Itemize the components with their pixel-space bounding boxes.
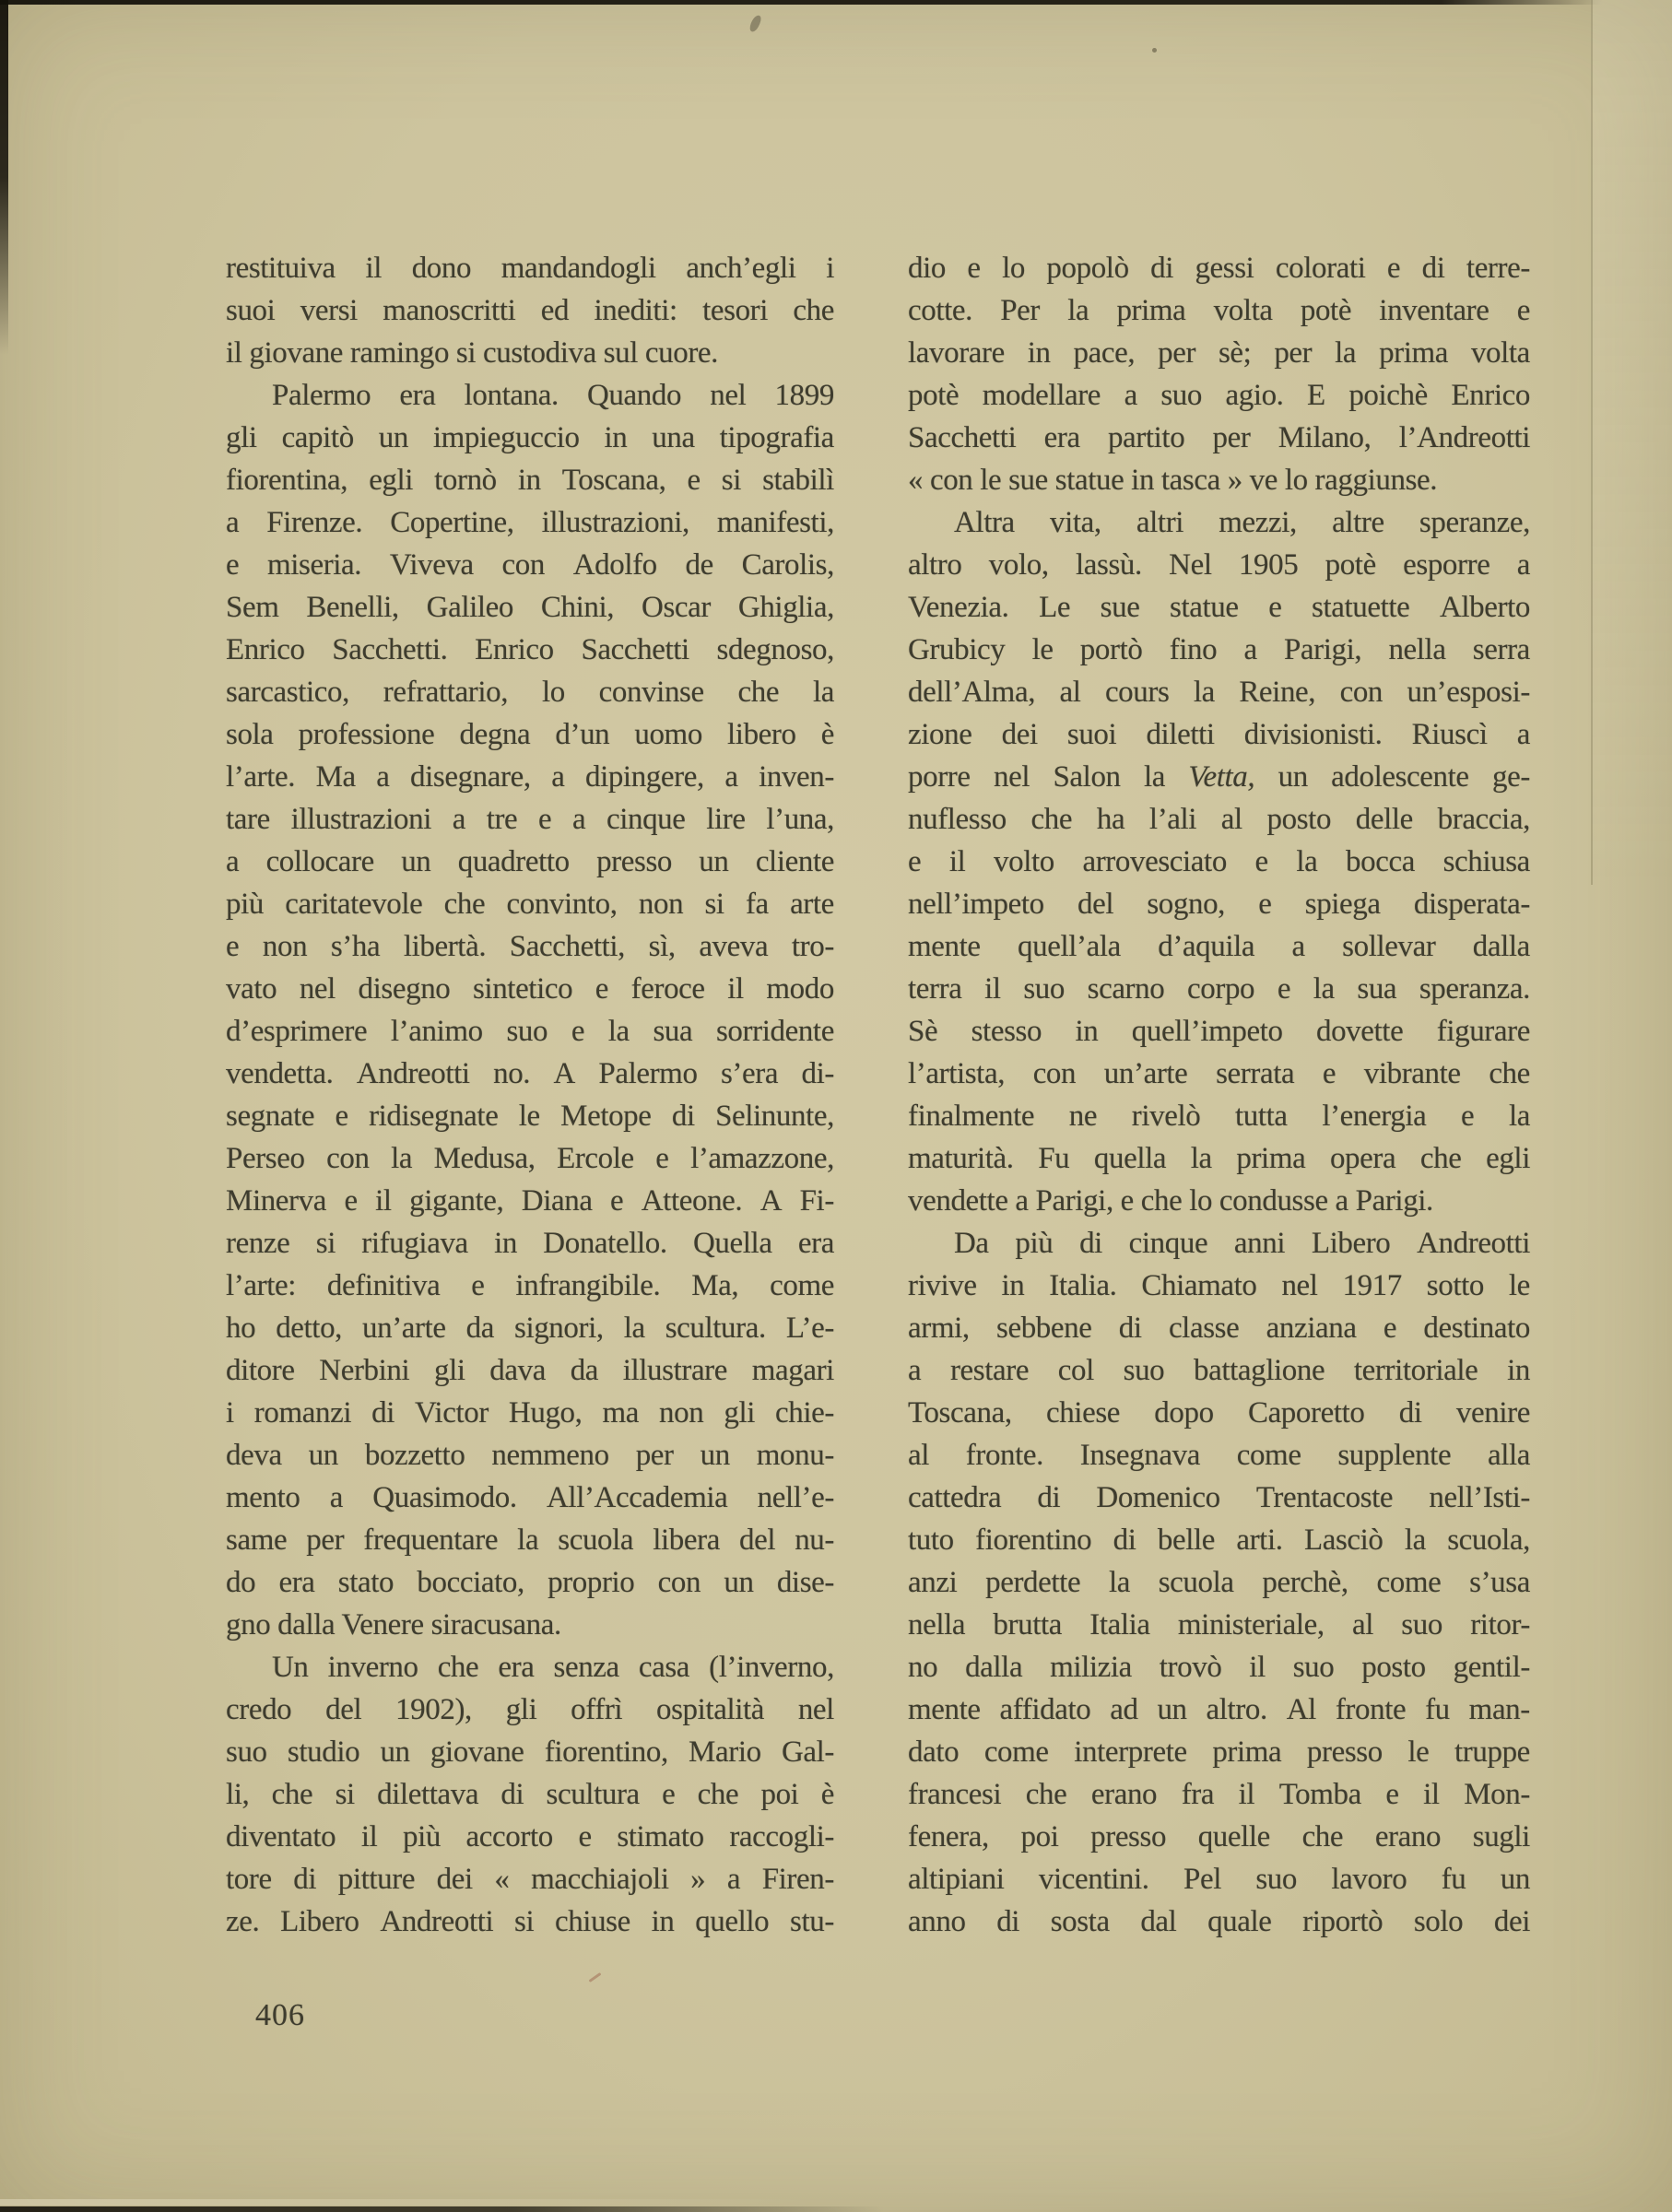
text-line: ditoreNerbiniglidavadaillustraremagari	[226, 1349, 834, 1392]
text-line: vendetta.Andreottino.APalermos’eradi-	[226, 1053, 834, 1095]
text-line: zionedeisuoidilettidivisionisti.Riuscìa	[908, 713, 1530, 756]
text-line: piùcaritatevolecheconvinto,nonsifaarte	[226, 883, 834, 925]
scan-edge-bottom	[0, 2206, 931, 2212]
paper-speck	[748, 14, 762, 33]
text-line: datocomeinterpreteprimapressoletruppe	[908, 1731, 1530, 1773]
text-line: Altravita,altrimezzi,altresperanze,	[908, 501, 1530, 544]
text-line: l’arte:definitivaeinfrangibile.Ma,come	[226, 1265, 834, 1307]
text-line: gno dalla Venere siracusana.	[226, 1604, 834, 1646]
text-line: Palermoeralontana.Quandonel1899	[226, 374, 834, 417]
text-line: PerseoconlaMedusa,Ercoleel’amazzone,	[226, 1137, 834, 1180]
text-line: porrenelSalonlaVetta,unadolescentege-	[908, 756, 1530, 798]
text-line: nellabruttaItaliaministeriale,alsuoritor…	[908, 1604, 1530, 1646]
text-line: altipianivicentini.Pelsuolavorofuun	[908, 1858, 1530, 1900]
text-line: l’arte.Maadisegnare,adipingere,ainven-	[226, 756, 834, 798]
text-line: li,chesidilettavadisculturaechepoiè	[226, 1773, 834, 1816]
text-line: lavorareinpace,persè;perlaprimavolta	[908, 332, 1530, 374]
text-line: nodallamiliziatrovòilsuopostogentil-	[908, 1646, 1530, 1688]
text-line: segnateeridisegnateleMetopediSelinunte,	[226, 1095, 834, 1137]
text-line: renzesirifugiavainDonatello.Quellaera	[226, 1222, 834, 1265]
text-column-right: dioelopopolòdigessicoloratiediterre-cott…	[908, 247, 1530, 1943]
text-line: enons’halibertà.Sacchetti,sì,avevatro-	[226, 925, 834, 968]
text-line: terrailsuoscarnocorpoelasuasperanza.	[908, 968, 1530, 1010]
text-line: armi,sebbenediclasseanzianaedestinato	[908, 1307, 1530, 1349]
text-line: vatoneldisegnosinteticoeferoceilmodo	[226, 968, 834, 1010]
text-line: riviveinItalia.Chiamatonel1917sottole	[908, 1265, 1530, 1307]
text-line: ze.LiberoAndreottisichiuseinquellostu-	[226, 1900, 834, 1943]
text-line: SemBenelli,GalileoChini,OscarGhiglia,	[226, 586, 834, 629]
text-line: SacchettierapartitoperMilano,l’Andreotti	[908, 417, 1530, 459]
text-line: fiorentina,eglitornòinToscana,esistabilì	[226, 459, 834, 501]
text-line: d’esprimerel’animosuoelasuasorridente	[226, 1010, 834, 1053]
text-line: dell’Alma,alcourslaReine,conun’esposi-	[908, 671, 1530, 713]
text-line: credodel1902),glioffrìospitalitànel	[226, 1688, 834, 1731]
text-line: suoiversimanoscrittiedinediti:tesoriche	[226, 289, 834, 332]
text-line: devaunbozzettonemmenoperunmonu-	[226, 1434, 834, 1477]
text-line: Uninvernocheerasenzacasa(l’inverno,	[226, 1646, 834, 1688]
text-column-left: restituivaildonomandandoglianch’egliisuo…	[226, 247, 834, 1943]
text-line: DapiùdicinqueanniLiberoAndreotti	[908, 1222, 1530, 1265]
text-line: acollocareunquadrettopressouncliente	[226, 841, 834, 883]
text-line: glicapitòunimpieguccioinunatipografia	[226, 417, 834, 459]
text-line: dioelopopolòdigessicoloratiediterre-	[908, 247, 1530, 289]
scan-edge-left	[0, 0, 8, 355]
text-line: mentoaQuasimodo.All’Accademianell’e-	[226, 1477, 834, 1519]
text-line: cotte.Perlaprimavoltapotèinventaree	[908, 289, 1530, 332]
text-line: alfronte.Insegnavacomesupplentealla	[908, 1434, 1530, 1477]
scan-edge-bottom-glow	[0, 2199, 811, 2206]
text-line: hodetto,un’artedasignori,lascultura.L’e-	[226, 1307, 834, 1349]
text-line: EnricoSacchetti.EnricoSacchettisdegnoso,	[226, 629, 834, 671]
text-line: Sèstessoinquell’impetodovettefigurare	[908, 1010, 1530, 1053]
text-line: finalmentenerivelòtuttal’energiaela	[908, 1095, 1530, 1137]
text-line: fenera,poipressoquellecheeranosugli	[908, 1816, 1530, 1858]
text-line: aFirenze.Copertine,illustrazioni,manifes…	[226, 501, 834, 544]
text-line: tutofiorentinodibellearti.Lasciòlascuola…	[908, 1519, 1530, 1561]
text-line: emiseria.VivevaconAdolfodeCarolis,	[226, 544, 834, 586]
text-line: arestarecolsuobattaglioneterritorialein	[908, 1349, 1530, 1392]
text-line: cattedradiDomenicoTrentacostenell’Isti-	[908, 1477, 1530, 1519]
book-page: restituivaildonomandandoglianch’egliisuo…	[0, 0, 1672, 2212]
text-line: anziperdettelascuolaperchè,comes’usa	[908, 1561, 1530, 1604]
text-line: vendette a Parigi, e che lo condusse a P…	[908, 1180, 1530, 1222]
text-line: iromanzidiVictorHugo,manonglichie-	[226, 1392, 834, 1434]
text-line: sarcastico,refrattario,loconvinsechela	[226, 671, 834, 713]
page-crease-right	[1591, 0, 1672, 885]
text-line: nuflessochehal’alialpostodellebraccia,	[908, 798, 1530, 841]
text-line: potèmodellareasuoagio.EpoichèEnrico	[908, 374, 1530, 417]
text-line: « con le sue statue in tasca » ve lo rag…	[908, 459, 1530, 501]
text-line: maturità.Fuquellalaprimaoperacheegli	[908, 1137, 1530, 1180]
text-line: Minervaeilgigante,DianaeAtteone.AFi-	[226, 1180, 834, 1222]
page-number: 406	[255, 1998, 305, 2033]
text-line: altrovolo,lassù.Nel1905potèesporrea	[908, 544, 1530, 586]
text-line: GrubicyleportòfinoaParigi,nellaserra	[908, 629, 1530, 671]
text-line: sameperfrequentarelascuolaliberadelnu-	[226, 1519, 834, 1561]
text-line: mentequell’alad’aquilaasollevardalla	[908, 925, 1530, 968]
scan-edge-top	[0, 0, 1602, 5]
text-line: nell’impetodelsogno,espiegadisperata-	[908, 883, 1530, 925]
text-line: restituivaildonomandandoglianch’eglii	[226, 247, 834, 289]
text-line: Toscana,chiesedopoCaporettodivenire	[908, 1392, 1530, 1434]
text-line: suostudioungiovanefiorentino,MarioGal-	[226, 1731, 834, 1773]
text-line: diventatoilpiùaccortoestimatoraccogli-	[226, 1816, 834, 1858]
text-line: francesicheeranofrailTombaeilMon-	[908, 1773, 1530, 1816]
text-line: il giovane ramingo si custodiva sul cuor…	[226, 332, 834, 374]
paper-speck	[588, 1972, 601, 1983]
text-line: solaprofessionedegnad’unuomoliberoè	[226, 713, 834, 756]
text-line: eilvoltoarrovesciatoelaboccaschiusa	[908, 841, 1530, 883]
paper-speck	[1152, 48, 1157, 53]
text-line: tareillustrazioniatreeacinquelirel’una,	[226, 798, 834, 841]
text-line: doerastatobocciato,proprioconundise-	[226, 1561, 834, 1604]
text-line: Venezia.LesuestatueestatuetteAlberto	[908, 586, 1530, 629]
text-line: annodisostadalqualeriportòsolodei	[908, 1900, 1530, 1943]
text-line: toredipitturedei«macchiajoli»aFiren-	[226, 1858, 834, 1900]
text-line: l’artista,conun’arteserrataevibranteche	[908, 1053, 1530, 1095]
text-line: menteaffidatoadunaltro.Alfrontefuman-	[908, 1688, 1530, 1731]
